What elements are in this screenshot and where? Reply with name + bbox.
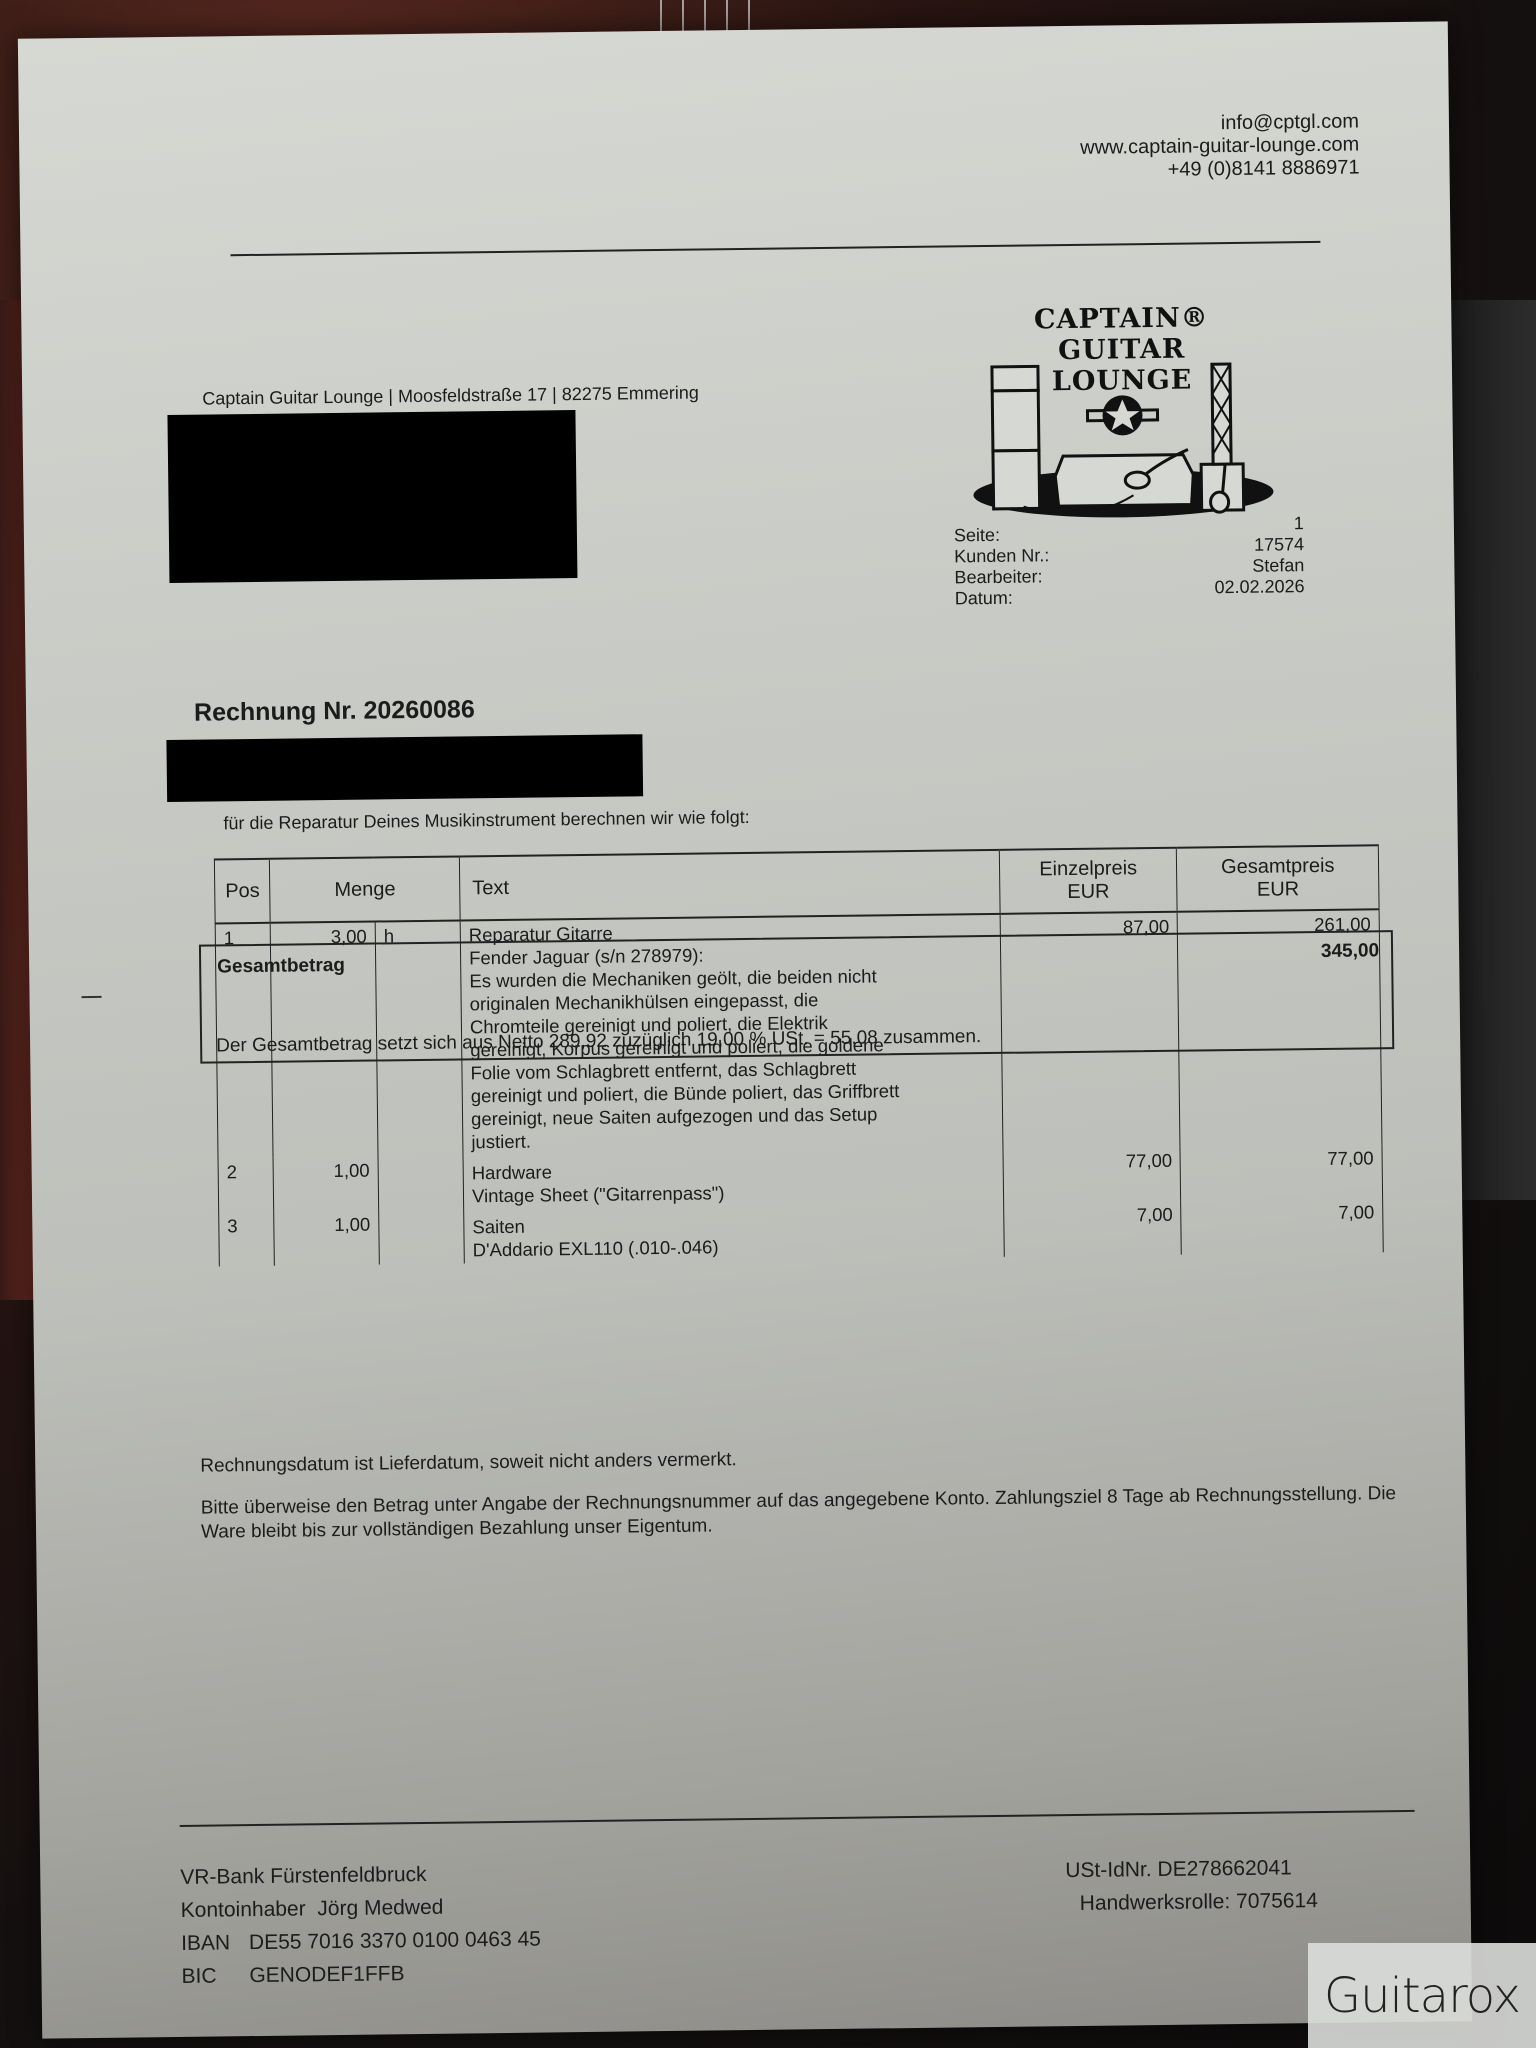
- redacted-salutation: [166, 734, 643, 802]
- total-label: Gesamtbetrag: [217, 955, 345, 979]
- fold-mark: [82, 996, 102, 998]
- trade-register: Handwerksrolle: 7075614: [1065, 1884, 1318, 1920]
- bic-value: GENODEF1FFB: [249, 1962, 404, 1987]
- iban-row: IBAN DE55 7016 3370 0100 0463 45: [181, 1923, 541, 1960]
- lounge-illustration-icon: [962, 353, 1284, 527]
- company-contact: info@cptgl.com www.captain-guitar-lounge…: [1080, 110, 1360, 182]
- sender-address-line: Captain Guitar Lounge | Moosfeldstraße 1…: [202, 383, 699, 410]
- bic-row: BIC GENODEF1FFB: [181, 1956, 541, 1993]
- meta-value: 1: [1294, 513, 1304, 534]
- item-qty: 1,00: [274, 1210, 379, 1265]
- meta-label: Kunden Nr.:: [954, 545, 1049, 567]
- col-qty: Menge: [270, 856, 460, 922]
- note-delivery-date: Rechnungsdatum ist Lieferdatum, soweit n…: [200, 1440, 1420, 1479]
- company-phone: +49 (0)8141 8886971: [1080, 156, 1359, 182]
- col-unit-price-line2: EUR: [1008, 880, 1169, 905]
- account-holder-label: Kontoinhaber: [181, 1897, 306, 1922]
- total-value: 345,00: [1321, 940, 1379, 963]
- redacted-recipient-address: [167, 410, 577, 583]
- invoice-title: Rechnung Nr. 20260086: [194, 695, 475, 727]
- meta-label: Seite:: [954, 525, 1000, 547]
- col-total-price: Gesamtpreis EUR: [1177, 845, 1379, 911]
- company-website: www.captain-guitar-lounge.com: [1080, 133, 1359, 159]
- item-pos: 3: [219, 1212, 275, 1267]
- invoice-notes: Rechnungsdatum ist Lieferdatum, soweit n…: [200, 1440, 1421, 1563]
- item-qty: 1,00: [273, 1156, 378, 1211]
- col-unit-price: Einzelpreis EUR: [999, 848, 1178, 914]
- item-unit-price: 7,00: [1003, 1201, 1181, 1257]
- bank-name: VR-Bank Fürstenfeldbruck: [180, 1857, 540, 1894]
- note-payment-terms: Bitte überweise den Betrag unter Angabe …: [201, 1482, 1421, 1545]
- item-description: SaitenD'Addario EXL110 (.010-.046): [464, 1203, 1004, 1264]
- item-total-price: 7,00: [1181, 1198, 1383, 1254]
- col-total-price-line1: Gesamtpreis: [1185, 854, 1370, 879]
- legal-details: USt-IdNr. DE278662041 Handwerksrolle: 70…: [1065, 1851, 1318, 1920]
- meta-label: Datum:: [955, 588, 1013, 610]
- item-description: HardwareVintage Sheet ("Gitarrenpass"): [463, 1149, 1003, 1210]
- company-logo: CAPTAIN® GUITAR LOUNGE: [971, 293, 1314, 527]
- meta-value: Stefan: [1252, 555, 1304, 577]
- total-section: Gesamtbetrag 345,00 Der Gesamtbetrag set…: [199, 930, 1394, 1064]
- meta-value: 17574: [1254, 534, 1304, 556]
- invoice-meta: Seite: 1 Kunden Nr.: 17574 Bearbeiter: S…: [954, 521, 1305, 609]
- meta-value: 02.02.2026: [1214, 576, 1304, 598]
- header-divider: [230, 241, 1320, 256]
- bank-details: VR-Bank Fürstenfeldbruck Kontoinhaber Jö…: [180, 1857, 541, 1993]
- bic-label: BIC: [181, 1959, 243, 1993]
- footer-divider: [180, 1810, 1415, 1827]
- col-total-price-line2: EUR: [1186, 877, 1371, 902]
- item-unit-price: 77,00: [1003, 1147, 1181, 1203]
- vat-id: USt-IdNr. DE278662041: [1065, 1851, 1318, 1887]
- col-text: Text: [459, 850, 999, 921]
- item-pos: 2: [218, 1158, 274, 1213]
- invoice-intro: für die Reparatur Deines Musikinstrument…: [223, 807, 749, 834]
- invoice-document: info@cptgl.com www.captain-guitar-lounge…: [18, 21, 1472, 2038]
- iban-label: IBAN: [181, 1926, 243, 1960]
- meta-label: Bearbeiter:: [954, 566, 1042, 588]
- watermark-logo: Guitarox: [1308, 1943, 1536, 2048]
- account-holder-row: Kontoinhaber Jörg Medwed: [181, 1890, 541, 1927]
- company-email: info@cptgl.com: [1080, 110, 1359, 136]
- account-holder: Jörg Medwed: [317, 1896, 443, 1921]
- item-total-price: 77,00: [1180, 1144, 1382, 1200]
- col-pos: Pos: [214, 859, 270, 924]
- vat-breakdown: Der Gesamtbetrag setzt sich aus Netto 28…: [216, 1026, 981, 1057]
- meta-row-date: Datum: 02.02.2026: [955, 584, 1305, 609]
- iban-value: DE55 7016 3370 0100 0463 45: [249, 1928, 541, 1955]
- item-unit: [378, 1155, 464, 1210]
- col-unit-price-line1: Einzelpreis: [1008, 857, 1169, 882]
- item-unit: [379, 1209, 465, 1264]
